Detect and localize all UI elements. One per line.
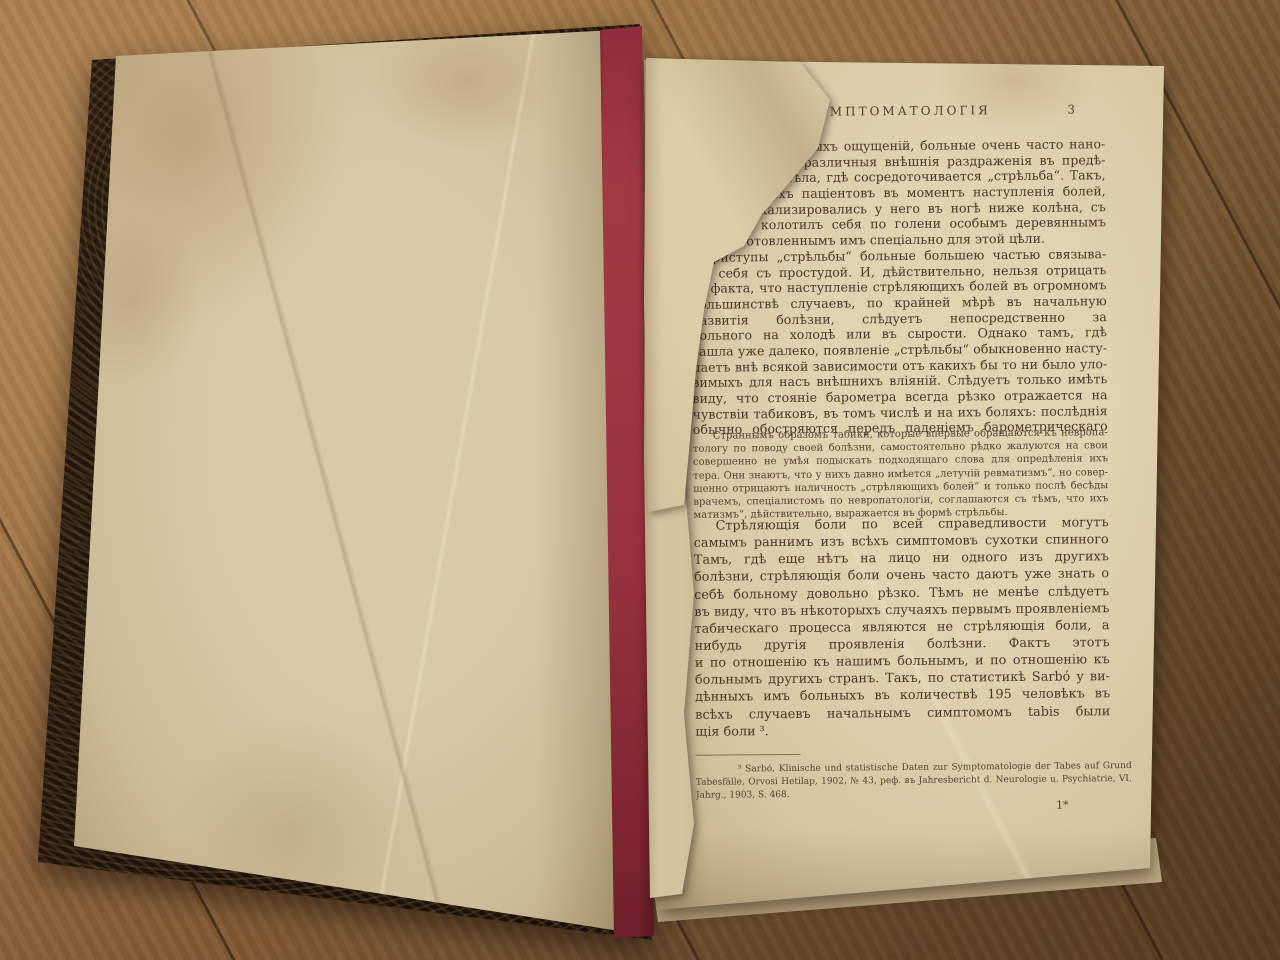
torn-leaf-remnant-top [640, 54, 850, 524]
photo-open-book-on-floor: СИМПТОМАТОЛОГІЯ 3 левыхъ ощущеній, больн… [0, 0, 1280, 960]
